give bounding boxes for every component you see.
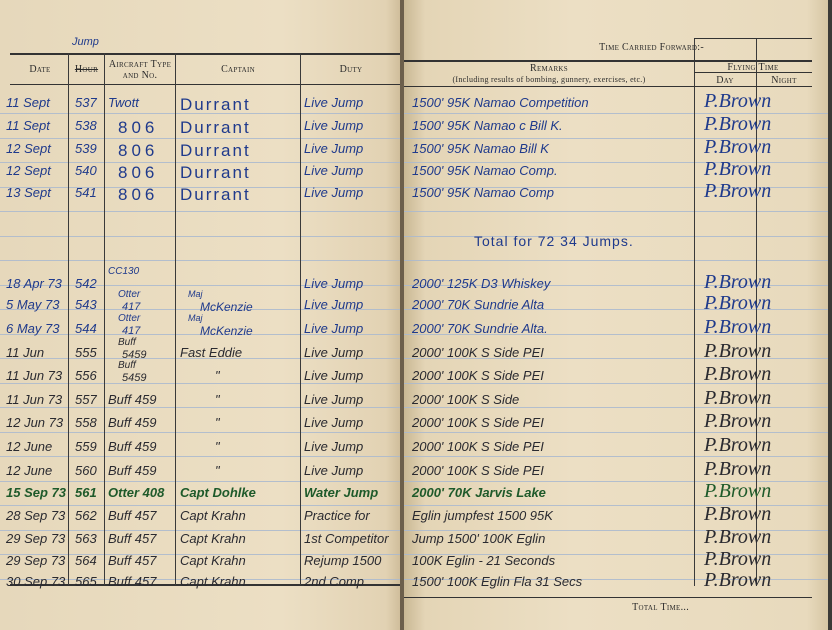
entry-signature: P.Brown [704,180,771,203]
entry-jump-number: 542 [75,277,97,290]
entry-remarks: 2000' 125K D3 Whiskey [412,277,550,290]
logbook-left-page: Jump Date Hour Aircraft Type and No. Cap… [0,0,402,630]
entry-duty: Live Jump [304,416,363,429]
ruled-line [0,236,402,237]
entry-captain: Fast Eddie [180,346,242,359]
header-remarks: Remarks [404,63,694,74]
entry-date: 30 Sep 73 [6,575,65,588]
entry-date: 12 Jun 73 [6,416,63,429]
entry-duty: 2nd Comp [304,575,364,588]
ruled-line [0,505,402,506]
entry-aircraft: Buff 457 [108,532,156,545]
entry-date: 12 June [6,464,52,477]
entry-date: 28 Sep 73 [6,509,65,522]
entry-aircraft-type: Buff [118,338,136,348]
entry-jump-number: 544 [75,322,97,335]
entry-jump-number: 562 [75,509,97,522]
time-carried-forward-label: Time Carried Forward:- [524,42,704,53]
entry-signature: P.Brown [704,292,771,315]
entry-date: 29 Sep 73 [6,532,65,545]
entry-remarks: 2000' 100K S Side PEI [412,369,544,382]
entry-duty: Live Jump [304,277,363,290]
logbook-right-page: Time Carried Forward:- Remarks (Includin… [404,0,828,630]
entry-remarks: 2000' 70K Sundrie Alta. [412,322,548,335]
entry-signature: P.Brown [704,158,771,181]
col-divider [300,53,301,585]
entry-aircraft: Buff 459 [108,440,156,453]
entry-aircraft: 806 [118,164,158,181]
entry-duty: Live Jump [304,96,363,109]
entry-date: 12 Sept [6,164,51,177]
entry-duty: Water Jump [304,486,378,499]
entry-date: 29 Sep 73 [6,554,65,567]
entry-remarks: Eglin jumpfest 1500 95K [412,509,553,522]
entry-captain: Durrant [180,96,251,113]
entry-captain: Durrant [180,142,251,159]
header-bottom-rule [404,86,812,87]
entry-remarks: 1500' 95K Namao Comp [412,186,554,199]
entry-jump-number: 559 [75,440,97,453]
entry-aircraft: 806 [118,142,158,159]
ruled-line [404,260,828,261]
entry-remarks: 1500' 95K Namao Competition [412,96,589,109]
entry-captain: Capt Krahn [180,532,246,545]
entry-remarks: 2000' 70K Sundrie Alta [412,298,544,311]
entry-aircraft-number: 417 [122,326,140,337]
entry-aircraft: Otter 408 [108,486,164,499]
header-captain: Captain [176,64,300,75]
entry-signature: P.Brown [704,90,771,113]
entry-duty: Live Jump [304,186,363,199]
entry-date: 12 Sept [6,142,51,155]
entry-duty: Live Jump [304,464,363,477]
entry-jump-number: 555 [75,346,97,359]
entry-duty: Live Jump [304,298,363,311]
entry-aircraft: Buff 459 [108,393,156,406]
entry-signature: P.Brown [704,503,771,526]
entry-date: 18 Apr 73 [6,277,62,290]
entry-jump-number: 537 [75,96,97,109]
entry-aircraft-number: 417 [122,302,140,313]
entry-date: 11 Jun 73 [6,393,62,406]
entry-aircraft: Buff 457 [108,575,156,588]
entry-captain: Durrant [180,119,251,136]
entry-jump-number: 558 [75,416,97,429]
entry-aircraft: Buff 457 [108,554,156,567]
entry-date: 12 June [6,440,52,453]
header-night: Night [756,75,812,86]
entry-captain: " [215,440,220,453]
header-hour: Hour [69,64,104,75]
ruled-line [0,407,402,408]
entry-jump-number: 565 [75,575,97,588]
entry-remarks: 2000' 100K S Side PEI [412,440,544,453]
header-duty: Duty [301,64,401,75]
ruled-line [0,383,402,384]
entry-aircraft-number: 5459 [122,373,146,384]
entry-captain: Capt Krahn [180,554,246,567]
ruled-line [0,211,402,212]
entry-duty: Live Jump [304,346,363,359]
entry-jump-number: 564 [75,554,97,567]
entry-aircraft: Buff 459 [108,464,156,477]
entry-captain: " [215,464,220,477]
entry-captain: Durrant [180,186,251,203]
entry-duty: Live Jump [304,393,363,406]
entry-signature: P.Brown [704,434,771,457]
total-time-label: Total Time... [564,602,689,613]
entry-date: 11 Sept [6,96,50,109]
total-jumps-note: Total for 72 34 Jumps. [474,234,634,248]
entry-remarks: 1500' 95K Namao c Bill K. [412,119,563,132]
hour-annotation: Jump [72,37,99,48]
entry-jump-number: 557 [75,393,97,406]
ruled-line [0,138,402,139]
col-divider [68,53,69,585]
entry-signature: P.Brown [704,136,771,159]
entry-jump-number: 538 [75,119,97,132]
entry-date: 11 Jun 73 [6,369,62,382]
entry-captain-rank: Maj [188,290,203,299]
entry-jump-number: 556 [75,369,97,382]
entry-remarks: 2000' 100K S Side PEI [412,416,544,429]
entry-signature: P.Brown [704,548,771,571]
entry-captain: " [215,393,220,406]
entry-jump-number: 560 [75,464,97,477]
entry-signature: P.Brown [704,410,771,433]
entry-duty: Rejump 1500 [304,554,381,567]
entry-signature: P.Brown [704,387,771,410]
entry-aircraft: 806 [118,119,158,136]
entry-captain-rank: Maj [188,314,203,323]
entry-remarks: Jump 1500' 100K Eglin [412,532,545,545]
entry-remarks: 1500' 95K Namao Bill K [412,142,549,155]
header-flying-time: Flying Time [694,62,812,73]
entry-aircraft-type: Otter [118,290,140,300]
entry-remarks: 2000' 100K S Side [412,393,519,406]
carried-forward-box-top [694,38,812,39]
entry-date: 13 Sept [6,186,51,199]
entry-captain: McKenzie [200,325,253,337]
entry-aircraft: Buff 457 [108,509,156,522]
entry-captain: Capt Krahn [180,575,246,588]
col-divider [694,38,695,586]
entry-aircraft: CC130 [108,267,139,277]
entry-jump-number: 561 [75,486,97,499]
entry-jump-number: 541 [75,186,97,199]
ruled-line [404,211,828,212]
entry-jump-number: 543 [75,298,97,311]
ruled-line [0,432,402,433]
header-aircraft: Aircraft Type and No. [106,59,174,81]
col-divider [175,53,176,585]
entry-signature: P.Brown [704,316,771,339]
entry-captain: Capt Dohlke [180,486,256,499]
ruled-line [0,260,402,261]
entry-signature: P.Brown [704,271,771,294]
entry-duty: Live Jump [304,142,363,155]
entry-signature: P.Brown [704,526,771,549]
entry-jump-number: 539 [75,142,97,155]
entry-signature: P.Brown [704,363,771,386]
entry-duty: Practice for [304,509,370,522]
entry-captain: " [215,416,220,429]
entry-aircraft-type: Buff [118,361,136,371]
entry-aircraft: Twott [108,96,139,109]
entry-date: 5 May 73 [6,298,59,311]
entry-captain: " [215,369,220,382]
entry-jump-number: 540 [75,164,97,177]
entry-remarks: 2000' 100K S Side PEI [412,464,544,477]
entry-signature: P.Brown [704,480,771,503]
entry-captain: Capt Krahn [180,509,246,522]
entry-aircraft: 806 [118,186,158,203]
entry-date: 11 Jun [6,346,44,359]
entry-remarks: 2000' 70K Jarvis Lake [412,486,546,499]
entry-aircraft: Buff 459 [108,416,156,429]
entry-captain: Durrant [180,164,251,181]
entry-aircraft-type: Otter [118,314,140,324]
ruled-line [0,456,402,457]
entry-duty: Live Jump [304,440,363,453]
ruled-line [0,481,402,482]
entry-captain: McKenzie [200,301,253,313]
col-divider [104,53,105,585]
entry-duty: Live Jump [304,322,363,335]
entry-remarks: 1500' 100K Eglin Fla 31 Secs [412,575,582,588]
entry-date: 6 May 73 [6,322,59,335]
entry-remarks: 2000' 100K S Side PEI [412,346,544,359]
entry-remarks: 1500' 95K Namao Comp. [412,164,558,177]
entry-date: 11 Sept [6,119,50,132]
header-remarks-sub: (Including results of bombing, gunnery, … [404,74,694,85]
entry-signature: P.Brown [704,113,771,136]
entry-duty: Live Jump [304,369,363,382]
entry-remarks: 100K Eglin - 21 Seconds [412,554,555,567]
entry-duty: 1st Competitor [304,532,389,545]
entry-duty: Live Jump [304,119,363,132]
header-day: Day [694,75,756,86]
entry-signature: P.Brown [704,569,771,592]
entry-duty: Live Jump [304,164,363,177]
footer-rule [404,597,812,598]
entry-signature: P.Brown [704,340,771,363]
entry-jump-number: 563 [75,532,97,545]
header-date: Date [12,64,68,75]
entry-signature: P.Brown [704,458,771,481]
entry-date: 15 Sep 73 [6,486,66,499]
